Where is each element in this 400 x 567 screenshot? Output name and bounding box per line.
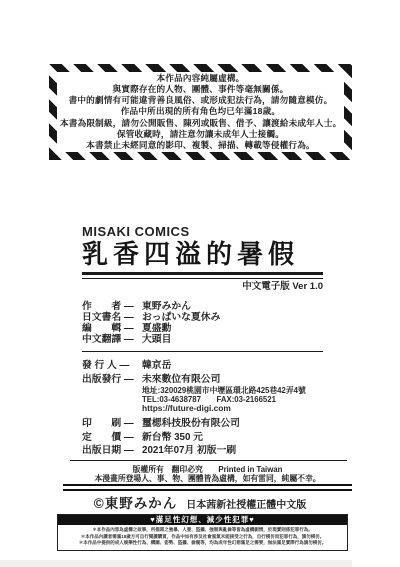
printer-name: 璽楒科技股份有限公司 bbox=[142, 418, 240, 429]
publisher-label: 發 行 人 — bbox=[82, 360, 142, 371]
credit-label: 作 者 — bbox=[82, 301, 142, 312]
credit-value: 東野みかん bbox=[142, 301, 191, 312]
warning-line: 書中的劇情有可能違背善良風俗、或形成犯法行為，請勿隨意模仿。 bbox=[60, 95, 341, 106]
issuer-label: 出版發行 — bbox=[82, 374, 142, 385]
content-warning-box: 本作品內容純屬虛構。 與實際存在的人物、團體、事件等毫無關係。 書中的劇情有可能… bbox=[49, 64, 352, 160]
printer-label: 印 刷 — bbox=[82, 418, 142, 429]
fiction-disclaimer: 本漫畫所登場人、事、物、團體皆為虛構，如有雷同，純屬不幸。 bbox=[55, 474, 360, 483]
banner-note-line: ＊本作品內讀者需滿18歲方可自行閱讀購買，作品中如有涉及社會風氣未能接受之行為，… bbox=[61, 534, 344, 541]
banner-heading: ♥滿足性幻想、減少性犯罪♥ bbox=[58, 515, 347, 525]
address-line: 地址:320029桃園市中壢區環北路425巷42弄4號 bbox=[142, 386, 323, 395]
credit-value: 夏盛勳 bbox=[142, 323, 171, 334]
credit-label: 日文書名 — bbox=[82, 312, 142, 323]
credit-row-author: 作 者 — 東野みかん bbox=[82, 301, 323, 312]
warning-line: 與實際存在的人物、團體、事件等毫無關係。 bbox=[60, 84, 341, 95]
publisher-row: 發 行 人 — 韓京岳 bbox=[82, 360, 323, 371]
warning-line: 本書為限制級，請勿公開販售、陳列或販售、借予、讓渡給未成年人士。 bbox=[60, 118, 341, 129]
credit-row-editor: 編 輯 — 夏盛勳 bbox=[82, 323, 323, 334]
price-value: 新台幣 350 元 bbox=[142, 432, 203, 443]
printer-row: 印 刷 — 璽楒科技股份有限公司 bbox=[82, 418, 323, 429]
pub-date-label: 出版日期 — bbox=[82, 445, 142, 456]
title-divider bbox=[82, 272, 323, 279]
credit-row-translator: 中文翻譯 — 大頭目 bbox=[82, 334, 323, 345]
credit-row-jp-title: 日文書名 — おっぱいな夏休み bbox=[82, 312, 323, 323]
price-row: 定 價 — 新台幣 350 元 bbox=[82, 432, 323, 443]
copyright-line: ©東野みかん 日本茜新社授權正體中文版 bbox=[40, 492, 360, 512]
warning-line: 作品中所出現的所有角色均已年滿18歲。 bbox=[60, 106, 341, 117]
age-banner: ♥滿足性幻想、減少性犯罪♥ ＊本作品內容為虛構之故事，所描寫之強暴、人妻、盜攝、… bbox=[57, 514, 348, 551]
publishing-block: 發 行 人 — 韓京岳 出版發行 — 未來數位有限公司 地址:320029桃園市… bbox=[82, 360, 323, 456]
footer-double-rule bbox=[63, 484, 352, 491]
section-divider bbox=[82, 351, 323, 352]
website-line: https://future-digi.com bbox=[142, 404, 323, 413]
edition-label: 中文電子版 Ver 1.0 bbox=[82, 281, 323, 292]
warning-line: 本作品內容純屬虛構。 bbox=[60, 73, 341, 84]
pub-date-value: 2021年07月 初版一刷 bbox=[142, 445, 236, 456]
banner-note-line: ＊本作品中提供的成人娛樂性行為、構圖、姿勢、盜攝、偷窺等，均為成年性幻想滿足之需… bbox=[61, 540, 344, 547]
book-title: 乳香四溢的暑假 bbox=[82, 239, 323, 270]
warning-line: 保管收藏時，請注意勿讓未成年人士接觸。 bbox=[60, 129, 341, 140]
credit-value: おっぱいな夏休み bbox=[142, 312, 220, 323]
colophon-page: 本作品內容純屬虛構。 與實際存在的人物、團體、事件等毫無關係。 書中的劇情有可能… bbox=[0, 0, 400, 567]
rights-line: 版權所有 翻印必究 Printed in Taiwan bbox=[63, 465, 352, 474]
imprint-section: MISAKI COMICS 乳香四溢的暑假 中文電子版 Ver 1.0 作 者 … bbox=[82, 224, 323, 456]
issuer-details: 地址:320029桃園市中壢區環北路425巷42弄4號 TEL:03-46387… bbox=[82, 386, 323, 414]
price-label: 定 價 — bbox=[82, 432, 142, 443]
issuer-name: 未來數位有限公司 bbox=[142, 374, 220, 385]
credit-label: 編 輯 — bbox=[82, 323, 142, 334]
scan-edge-shade bbox=[0, 560, 352, 567]
publisher-name: 韓京岳 bbox=[142, 360, 171, 371]
series-label: MISAKI COMICS bbox=[82, 224, 323, 239]
banner-notes: ＊本作品內容為虛構之故事，所描寫之強暴、人妻、盜攝、強制與亂倫等皆為虛構劇情，於… bbox=[58, 525, 347, 550]
warning-line: 本書禁止未經同意的影印、複製、掃描、轉載等侵權行為。 bbox=[60, 140, 341, 151]
footer-divider bbox=[70, 460, 347, 461]
content-warning-text: 本作品內容純屬虛構。 與實際存在的人物、團體、事件等毫無關係。 書中的劇情有可能… bbox=[57, 72, 344, 152]
credit-value: 大頭目 bbox=[142, 334, 171, 345]
credits-block: 作 者 — 東野みかん 日文書名 — おっぱいな夏休み 編 輯 — 夏盛勳 中文… bbox=[82, 301, 323, 345]
license-note: 日本茜新社授權正體中文版 bbox=[186, 496, 306, 511]
pub-date-row: 出版日期 — 2021年07月 初版一刷 bbox=[82, 445, 323, 456]
banner-note-line: ＊本作品內容為虛構之故事，所描寫之強暴、人妻、盜攝、強制與亂倫等皆為虛構劇情，於… bbox=[61, 527, 344, 534]
author-copyright: ©東野みかん bbox=[94, 492, 177, 512]
credit-label: 中文翻譯 — bbox=[82, 334, 142, 345]
issuer-row: 出版發行 — 未來數位有限公司 bbox=[82, 374, 323, 385]
